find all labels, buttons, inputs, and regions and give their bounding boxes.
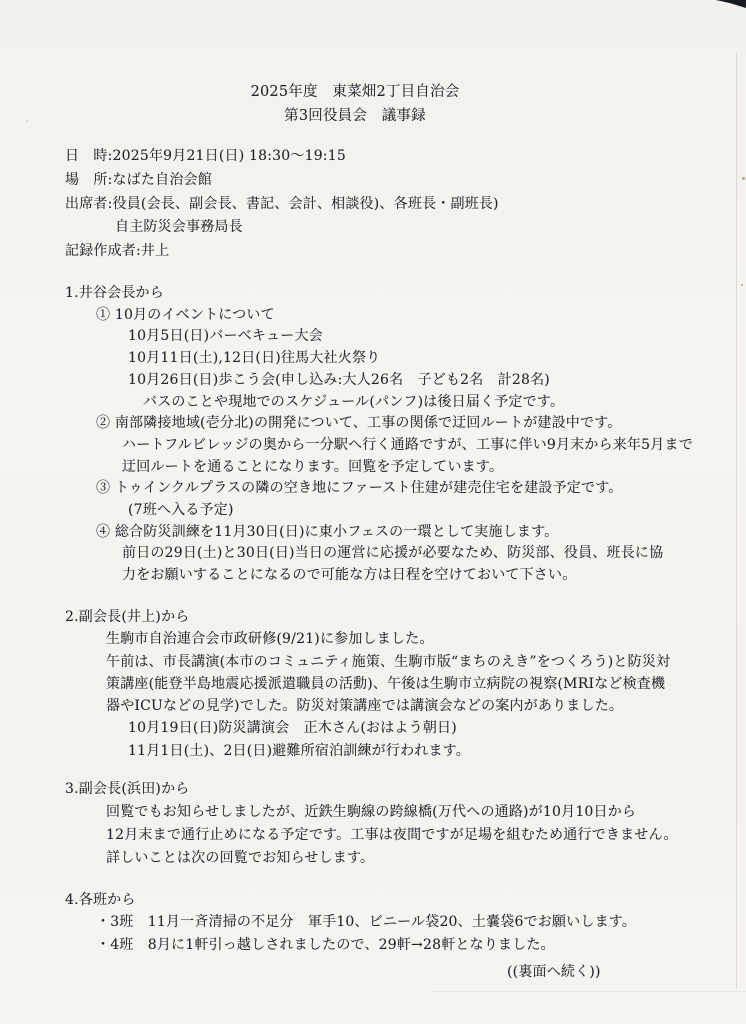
section-line: 器やICUなどの見学)でした。防災対策講座では講演会などの案内がありました。: [65, 695, 670, 717]
section-line: 10月11日(土),12日(日)往馬大社火祭り: [65, 348, 693, 370]
section-heading: 1.井谷会長から: [65, 283, 693, 305]
section-line: 11月1日(土)、2日(日)避難所宿泊訓練が行われます。: [65, 740, 670, 762]
section-chairman-report: 1.井谷会長から ① 10月のイベントについて 10月5日(日)バーベキュー大会…: [65, 283, 693, 587]
section-line: 12月末まで通行止めになる予定です。工事は夜間ですが足場を組むため通行できません…: [65, 824, 678, 847]
section-line: 前日の29日(土)と30日(日)当日の運営に応援が必要なため、防災部、役員、班長…: [65, 543, 693, 565]
section-vice-chair-inoue: 2.副会長(井上)から 生駒市自治連合会市政研修(9/21)に参加しました。 午…: [65, 606, 670, 762]
section-each-group: 4.各班から ・3班 11月一斉清掃の不足分 軍手10、ビニール袋20、土嚢袋6…: [65, 889, 636, 956]
scan-edge-line: [736, 52, 737, 988]
meeting-place: 場 所:なばた自治会館: [65, 169, 499, 193]
meeting-datetime: 日 時:2025年9月21日(日) 18:30〜19:15: [65, 145, 499, 169]
scan-speck: [88, 251, 90, 253]
section-line: 詳しいことは次の回覧でお知らせします。: [65, 847, 678, 870]
section-line: 10月19日(日)防災講演会 正木さん(おはよう朝日): [65, 717, 670, 739]
section-line: ・3班 11月一斉清掃の不足分 軍手10、ビニール袋20、土嚢袋6でお願いします…: [65, 911, 636, 933]
document-subtitle: 第3回役員会 議事録: [0, 104, 710, 129]
section-line: 力をお願いすることになるので可能な方は日程を空けておいて下さい。: [65, 565, 693, 587]
section-heading: 3.副会長(浜田)から: [65, 778, 678, 801]
scan-corner-artifact: [716, 0, 746, 8]
scanned-page: 2025年度 東菜畑2丁目自治会 第3回役員会 議事録 日 時:2025年9月2…: [0, 0, 746, 1024]
section-line: ① 10月のイベントについて: [65, 305, 693, 327]
section-line: ・4班 8月に1軒引っ越しされましたので、29軒→28軒となりました。: [65, 934, 636, 956]
document-title: 2025年度 東菜畑2丁目自治会: [0, 80, 710, 105]
scan-speck: [741, 284, 743, 286]
continues-on-back-note: ((裏面へ続く)): [507, 961, 601, 983]
section-heading: 2.副会長(井上)から: [65, 606, 670, 628]
section-line: バスのことや現地でのスケジュール(パンフ)は後日届く予定です。: [65, 392, 693, 414]
section-line: ハートフルビレッジの奥から一分駅へ行く通路ですが、工事に伴い9月末から来年5月ま…: [65, 435, 693, 457]
meta-block: 日 時:2025年9月21日(日) 18:30〜19:15 場 所:なばた自治会…: [65, 145, 499, 264]
section-heading: 4.各班から: [65, 889, 636, 911]
section-line: 10月5日(日)バーベキュー大会: [65, 326, 693, 348]
scan-bottom-shade: [430, 991, 746, 992]
section-line: (7班へ入る予定): [65, 500, 693, 522]
section-line: 回覧でもお知らせしましたが、近鉄生駒線の跨線橋(万代への通路)が10月10日から: [65, 801, 678, 824]
section-line: 10月26日(日)歩こう会(申し込み:大人26名 子ども2名 計28名): [65, 370, 693, 392]
section-line: 迂回ルートを通ることになります。回覧を予定しています。: [65, 457, 693, 479]
section-line: 策講座(能登半島地震応援派遣職員の活動)、午後は生駒市立病院の視察(MRIなど検…: [65, 673, 670, 695]
scan-speck: [742, 177, 745, 180]
minutes-recorder: 記録作成者:井上: [65, 240, 499, 264]
section-line: ③ トゥインクルプラスの隣の空き地にファースト住建が建売住宅を建設予定です。: [65, 478, 693, 500]
scan-speck: [26, 120, 28, 122]
section-line: 午前は、市長講演(本市のコミュニティ施策、生駒市版“まちのえき”をつくろう)と防…: [65, 651, 670, 673]
section-vice-chair-hamada: 3.副会長(浜田)から 回覧でもお知らせしましたが、近鉄生駒線の跨線橋(万代への…: [65, 778, 678, 870]
section-line: ④ 総合防災訓練を11月30日(日)に東小フェスの一環として実施します。: [65, 522, 693, 544]
section-line: 生駒市自治連合会市政研修(9/21)に参加しました。: [65, 628, 670, 650]
attendees: 出席者:役員(会長、副会長、書記、会計、相談役)、各班長・副班長): [65, 193, 499, 217]
section-line: ② 南部隣接地域(壱分北)の開発について、工事の関係で迂回ルートが建設中です。: [65, 413, 693, 435]
attendees-continued: 自主防災会事務局長: [65, 216, 499, 240]
